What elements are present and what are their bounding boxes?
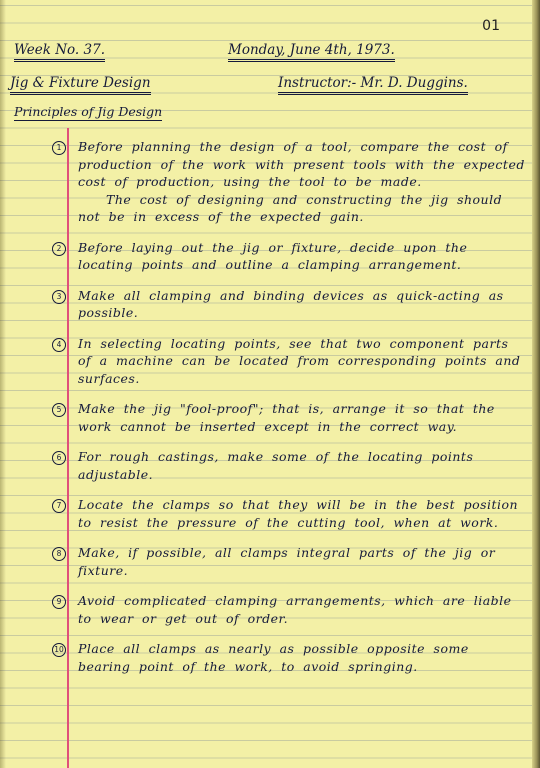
paragraph: Place all clamps as nearly as possible o…	[78, 640, 526, 675]
paragraph: In selecting locating points, see that t…	[78, 335, 526, 388]
circled-number: 6	[52, 451, 66, 465]
paragraph: Locate the clamps so that they will be i…	[78, 496, 526, 531]
item-text: Make all clamping and binding devices as…	[78, 287, 526, 322]
circled-number: 9	[52, 595, 66, 609]
paragraph: Make, if possible, all clamps integral p…	[78, 544, 526, 579]
item-text: In selecting locating points, see that t…	[78, 335, 526, 388]
circled-number: 3	[52, 290, 66, 304]
circled-number: 10	[52, 643, 66, 657]
page-number: 01	[482, 18, 500, 34]
course-title: Jig & Fixture Design	[10, 75, 151, 91]
date-label: Monday, June 4th, 1973.	[228, 42, 395, 58]
item-text: Make the jig "fool-proof"; that is, arra…	[78, 400, 526, 435]
paragraph: Make all clamping and binding devices as…	[78, 287, 526, 322]
list-item: 1 Before planning the design of a tool, …	[0, 138, 540, 226]
item-text: Locate the clamps so that they will be i…	[78, 496, 526, 531]
instructor-text: Instructor:- Mr. D. Duggins.	[278, 75, 468, 95]
paragraph: Make the jig "fool-proof"; that is, arra…	[78, 400, 526, 435]
week-text: Week No. 37.	[14, 42, 105, 62]
section-title: Principles of Jig Design	[14, 104, 162, 119]
paragraph: The cost of designing and constructing t…	[78, 191, 526, 226]
instructor-label: Instructor:- Mr. D. Duggins.	[278, 75, 468, 91]
paragraph: Avoid complicated clamping arrangements,…	[78, 592, 526, 627]
notebook-page: 01 Week No. 37. Monday, June 4th, 1973. …	[0, 0, 540, 768]
circled-number: 5	[52, 403, 66, 417]
circled-number: 7	[52, 499, 66, 513]
list-item: 6 For rough castings, make some of the l…	[0, 448, 540, 483]
section-title-text: Principles of Jig Design	[14, 104, 162, 121]
paragraph: For rough castings, make some of the loc…	[78, 448, 526, 483]
paragraph: Before planning the design of a tool, co…	[78, 138, 526, 191]
circled-number: 4	[52, 338, 66, 352]
list-item: 7 Locate the clamps so that they will be…	[0, 496, 540, 531]
principles-list: 1 Before planning the design of a tool, …	[0, 138, 540, 688]
item-text: Before planning the design of a tool, co…	[78, 138, 526, 226]
course-text: Jig & Fixture Design	[10, 75, 151, 95]
circled-number: 8	[52, 547, 66, 561]
item-text: Make, if possible, all clamps integral p…	[78, 544, 526, 579]
list-item: 10 Place all clamps as nearly as possibl…	[0, 640, 540, 675]
item-text: Place all clamps as nearly as possible o…	[78, 640, 526, 675]
list-item: 3 Make all clamping and binding devices …	[0, 287, 540, 322]
list-item: 9 Avoid complicated clamping arrangement…	[0, 592, 540, 627]
list-item: 4 In selecting locating points, see that…	[0, 335, 540, 388]
list-item: 8 Make, if possible, all clamps integral…	[0, 544, 540, 579]
circled-number: 2	[52, 242, 66, 256]
list-item: 2 Before laying out the jig or fixture, …	[0, 239, 540, 274]
circled-number: 1	[52, 141, 66, 155]
list-item: 5 Make the jig "fool-proof"; that is, ar…	[0, 400, 540, 435]
paragraph: Before laying out the jig or fixture, de…	[78, 239, 526, 274]
date-text: Monday, June 4th, 1973.	[228, 42, 395, 62]
item-text: For rough castings, make some of the loc…	[78, 448, 526, 483]
item-text: Avoid complicated clamping arrangements,…	[78, 592, 526, 627]
week-label: Week No. 37.	[14, 42, 105, 58]
item-text: Before laying out the jig or fixture, de…	[78, 239, 526, 274]
